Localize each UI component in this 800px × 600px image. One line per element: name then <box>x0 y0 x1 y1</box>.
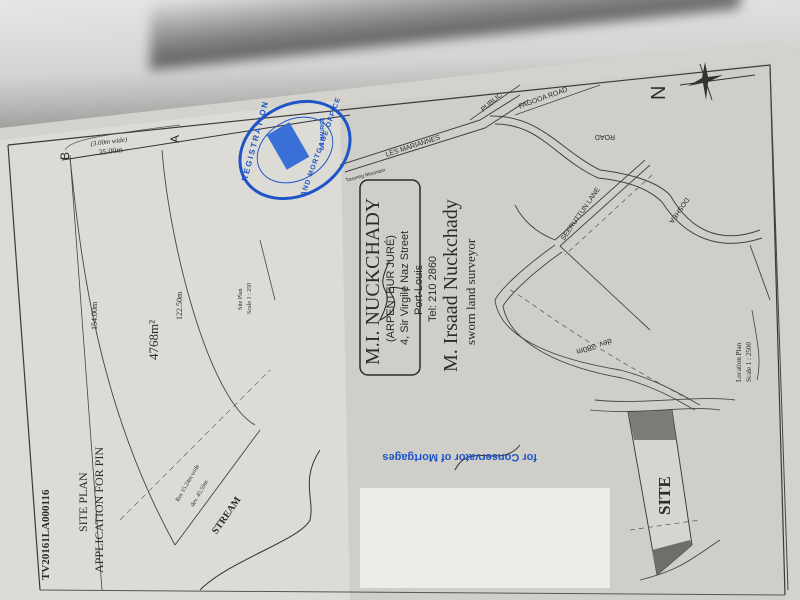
surveyor-signature-name: M. Irsaad Nuckchady <box>440 199 463 372</box>
surveyor-role: sworn land surveyor <box>463 239 479 345</box>
surveyor-stamp-address: 4, Sir Virgile Naz Street <box>399 231 411 345</box>
surveyor-stamp-title: (ARPENTEUR JURÉ) <box>385 235 397 342</box>
location-plan-label: Location Plan <box>735 343 743 382</box>
site-plan-label: Site Plan <box>238 288 244 310</box>
redacted-area <box>360 488 610 588</box>
location-plan-scale: Scale 1 : 2500 <box>745 342 753 382</box>
right-side-dimension: 122.50m <box>175 292 184 320</box>
road-label-road: ROAD <box>595 133 615 140</box>
site-label: SITE <box>655 476 675 515</box>
corner-label-a: A <box>168 135 182 143</box>
document-title: SITE PLAN <box>76 472 91 532</box>
site-plan-scale: Scale 1 : 250 <box>247 283 253 314</box>
surveyor-stamp-name: M.I. NUCKCHADY <box>362 198 385 365</box>
north-label: N <box>648 86 671 100</box>
document-subtitle: APPLICATION FOR PIN <box>92 447 107 573</box>
corner-label-b: B <box>58 152 72 160</box>
stamp-center-text: ILE MAURICE <box>320 118 326 151</box>
surveyor-stamp-city: Port-Louis <box>413 265 425 315</box>
left-side-dimension: 154.00m <box>90 302 99 330</box>
reference-number: TV20161LA000116 <box>40 490 52 580</box>
surveyor-stamp-tel: Tel: 210 2860 <box>427 256 439 322</box>
area-label: 4768m² <box>146 320 162 360</box>
conservator-stamp: for Conservator of Mortgages <box>382 451 537 463</box>
